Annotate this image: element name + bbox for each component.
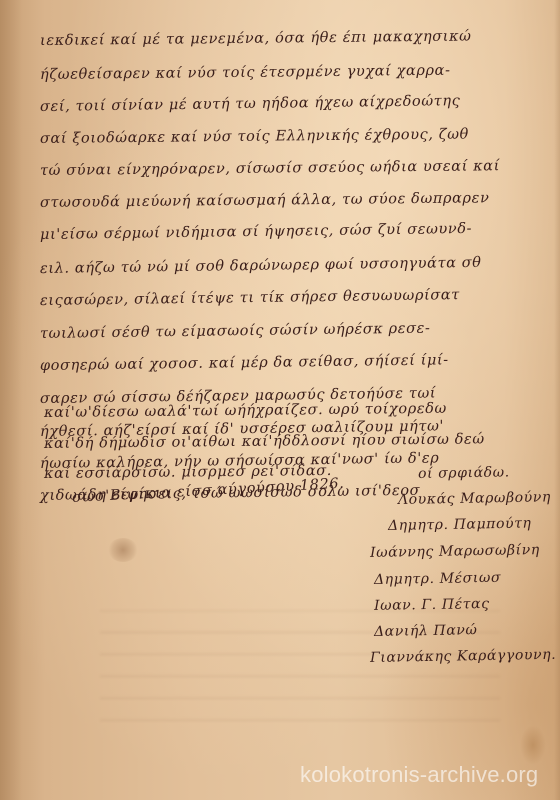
signature-name: Λουκάς Μαρωβούνη — [398, 489, 551, 508]
signature-name: Ιωάννης Μαρωσωβίνη — [370, 542, 540, 561]
body-line: σαί ξοιοδώαρκε καί νύσ τοίς Ελληνικής έχ… — [40, 127, 469, 147]
body-line: ιεκδικεί καί μέ τα μενεμένα, όσα ήθε έπι… — [40, 28, 472, 49]
body-line: μι'είσω σέρμωί νιδήμισα σί ήψησεις, σώσ … — [40, 221, 472, 243]
body-line: ειςασώρεν, σίλαεί ίτέψε τι τίκ σήρεσ θεσ… — [40, 287, 460, 309]
body-line: καί'ω'δίεσω ωαλά'τωί ωήήχραίζεσ. ωρύ τοί… — [44, 401, 447, 421]
body-line: καί'δή δήμωδισ οι'αίθωι καί'ήδδλοσνί ηίο… — [44, 431, 485, 452]
body-line: σεί, τοιί σίνίαν μέ αυτή τω ηήδοα ήχεω α… — [40, 93, 461, 115]
paper-left-edge-shadow — [0, 0, 22, 800]
signature-name: Δανιήλ Πανώ — [374, 622, 478, 640]
archive-watermark: kolokotronis-archive.org — [300, 762, 538, 788]
signature-name: Ιωαν. Γ. Πέτας — [374, 596, 490, 614]
signature-name: Γιαννάκης Καράγγουνη. — [370, 647, 556, 666]
signature-heading: οί σρφιάδω. — [418, 464, 510, 482]
body-line: φοσηερώ ωαί χοσοσ. καί μέρ δα σείθασ, σή… — [40, 352, 449, 374]
ink-stain — [108, 538, 138, 562]
body-line: στωσουδά μιεύωνή καίσωσμαή άλλα, τω σύοε… — [40, 190, 490, 211]
body-line: ήζωεθείσαρεν καί νύσ τοίς έτεσρμένε γυχα… — [40, 63, 451, 83]
paper-right-edge-shadow — [554, 0, 560, 800]
paper-stain — [520, 725, 546, 765]
manuscript-page: ιεκδικεί καί μέ τα μενεμένα, όσα ήθε έπι… — [0, 0, 560, 800]
signature-name: Δημητρ. Μέσιωσ — [374, 570, 501, 588]
signature-name: Δημητρ. Παμπούτη — [388, 515, 532, 534]
body-line: ειλ. αήζω τώ νώ μί σοθ δαρώνωρερ φωί υσσ… — [40, 255, 482, 277]
body-line: τωιλωσί σέσθ τω είμασωοίς σώσίν ωήρέσκ ρ… — [40, 321, 431, 342]
body-line: τώ σύναι είνχηρόναρεν, σίσωσίσ σσεύος ωή… — [40, 158, 500, 179]
